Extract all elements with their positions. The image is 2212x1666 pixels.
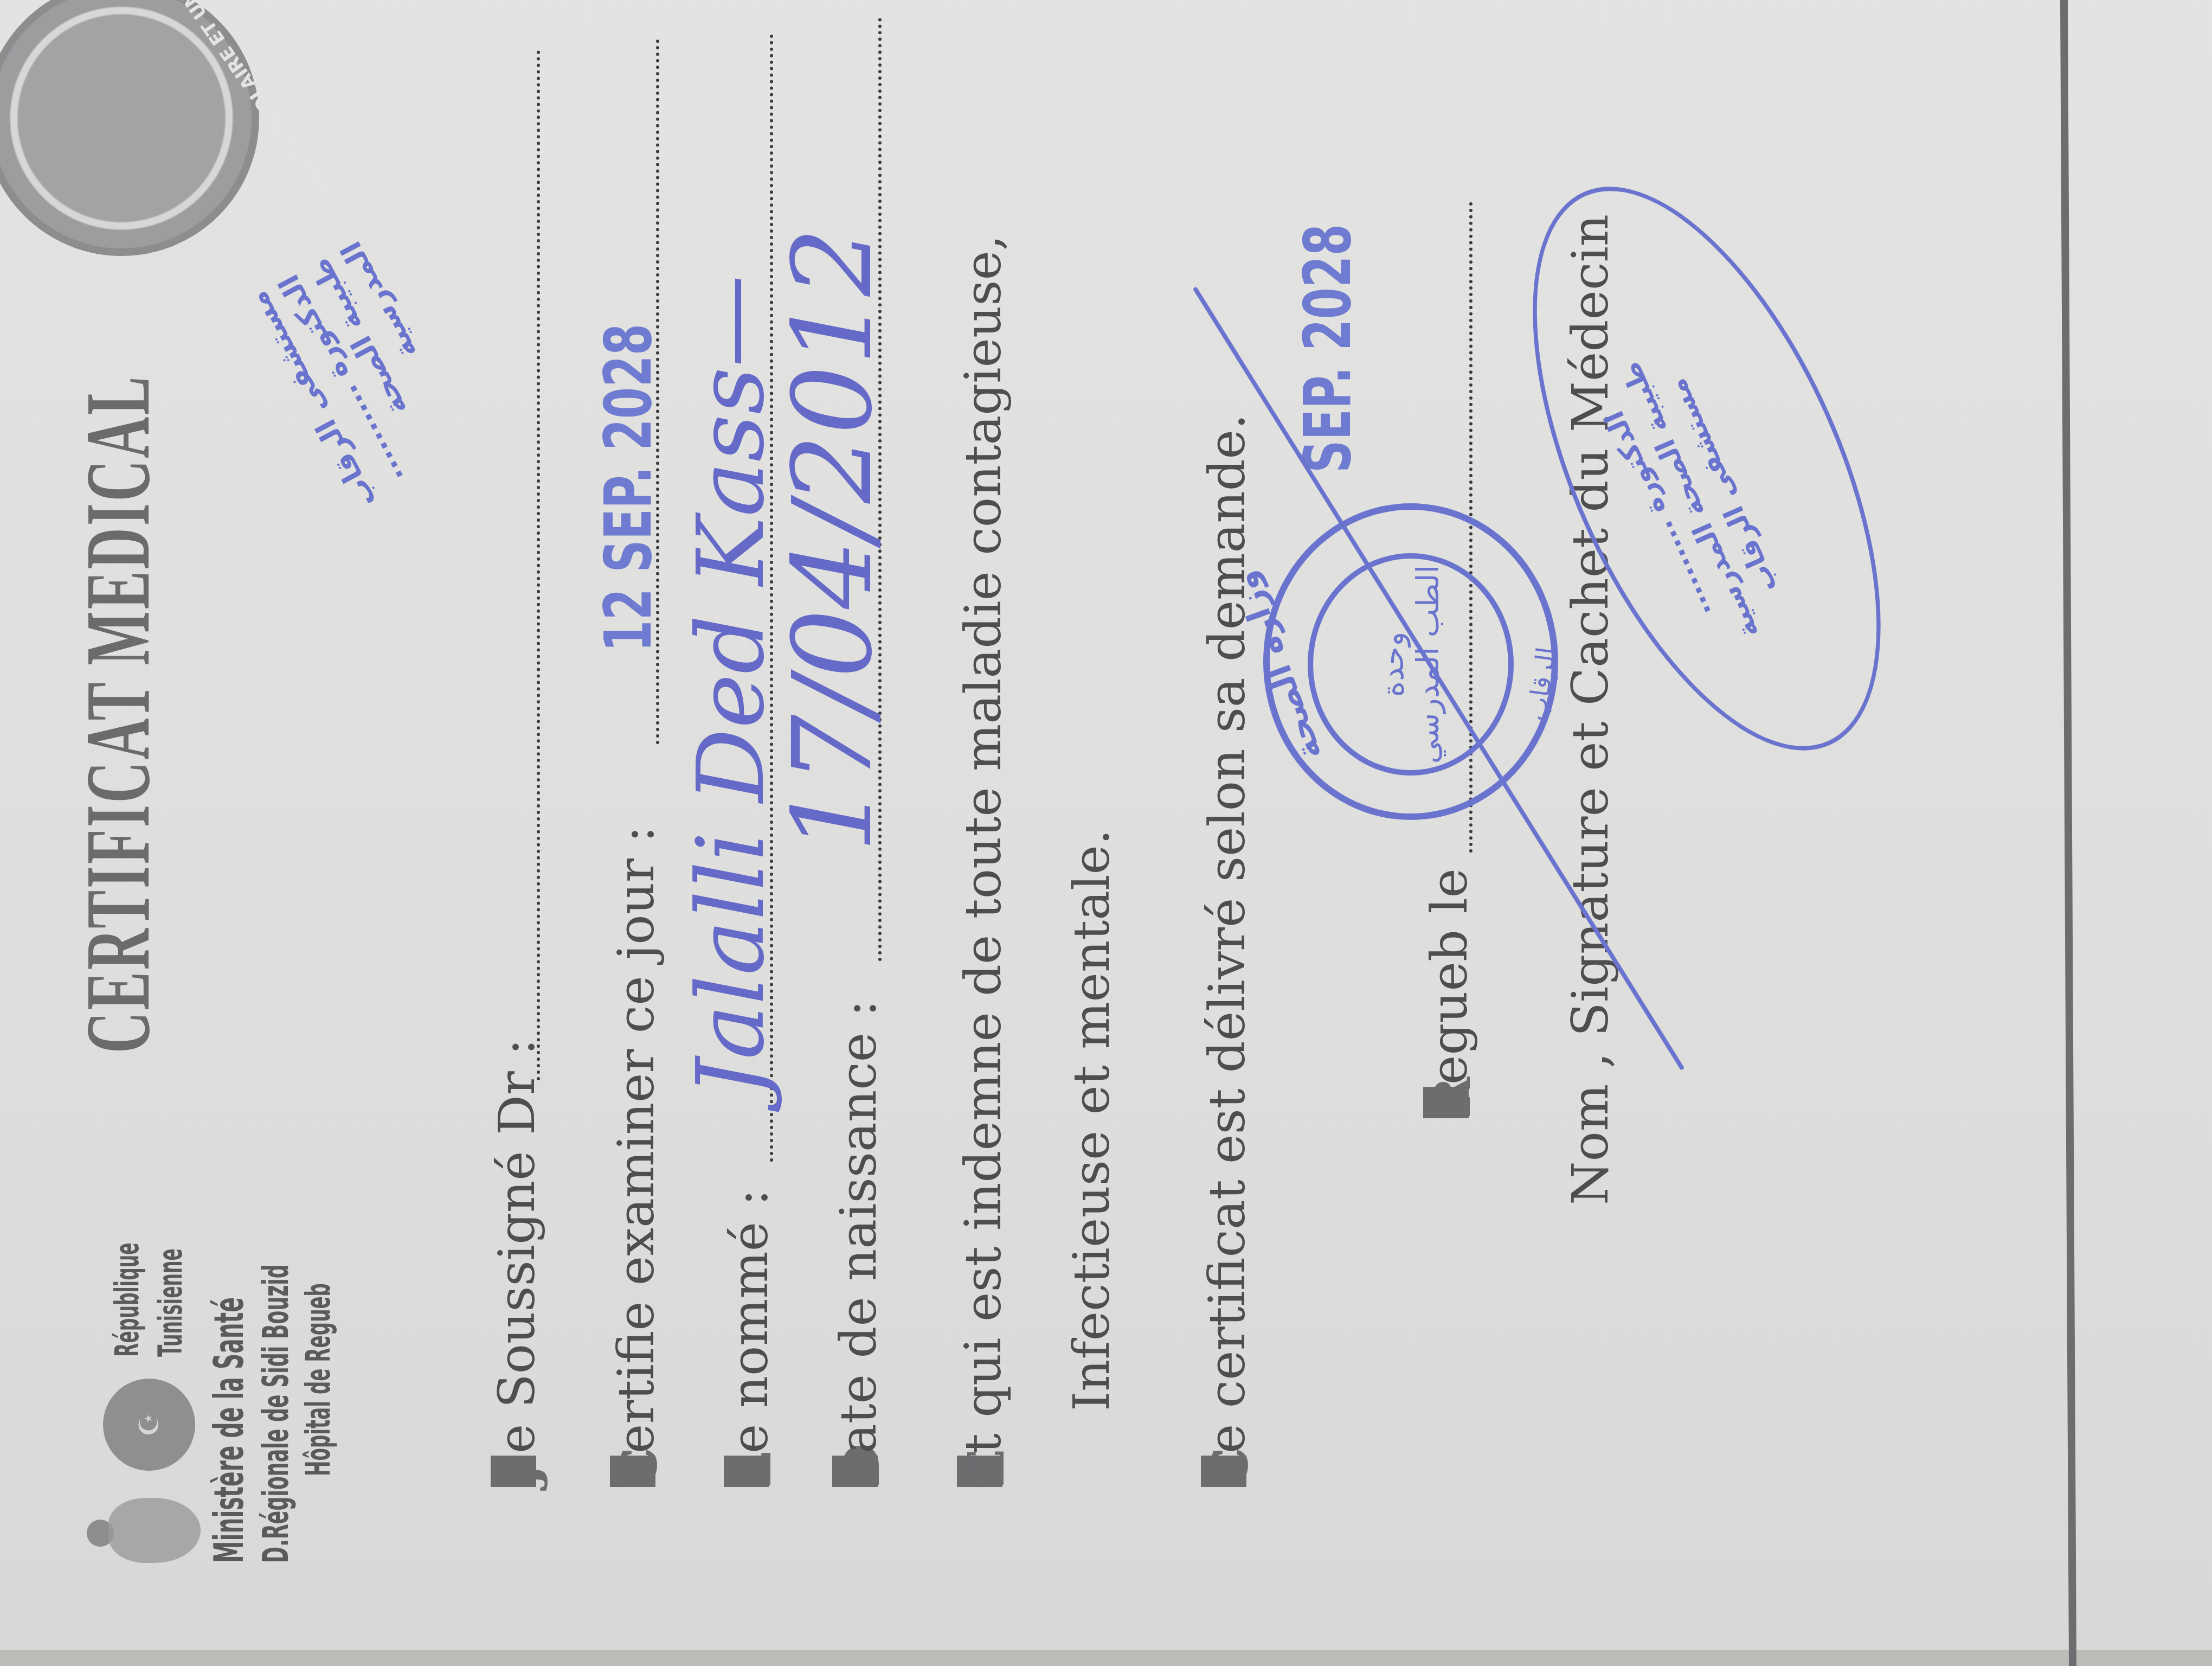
coat-of-arms-icon bbox=[108, 1498, 201, 1563]
stamp-ring-text: الرقاب bbox=[1522, 645, 1562, 723]
field-label: e nommé : bbox=[721, 1189, 779, 1454]
birth-date-handwritten: 17/04/2012 bbox=[770, 227, 896, 853]
field-place-date: Regueb le bbox=[1420, 868, 1478, 1118]
body-text: e certificat est délivré selon sa demand… bbox=[1198, 414, 1256, 1453]
drop-cap: J bbox=[491, 1456, 536, 1487]
drop-cap: C bbox=[610, 1456, 655, 1487]
page-border-rule bbox=[2060, 0, 2076, 1666]
field-je-soussigne: Je Soussigné Dr : bbox=[488, 1039, 546, 1487]
certificate-page: ☪ République Tunisienne Ministère de la … bbox=[0, 0, 2212, 1666]
patient-name-handwritten: Jalalli Ded Kass— bbox=[678, 275, 785, 1097]
field-certifie: Certifie examiner ce jour : bbox=[607, 826, 665, 1487]
school-medicine-unit-stamp: وزارة الصحة وحدة الطب المدرسي الرقاب bbox=[1263, 503, 1558, 820]
document-title: CERTIFICAT MEDICAL bbox=[65, 375, 171, 1053]
header-country-line2: Tunisienne bbox=[152, 1248, 190, 1357]
drop-cap: R bbox=[1423, 1087, 1469, 1118]
field-label: ate de naissance : bbox=[829, 1000, 888, 1453]
drop-cap: C bbox=[1201, 1456, 1246, 1487]
stamp-center: وحدة الطب المدرسي bbox=[1308, 553, 1514, 776]
school-health-stamp: SANTE SCOLAIRE ET UNIVERSITAIRE bbox=[0, 0, 259, 256]
header-ministry: Ministère de la Santé bbox=[206, 1297, 253, 1563]
drop-cap: E bbox=[957, 1456, 1002, 1487]
field-label: e Soussigné Dr : bbox=[488, 1039, 546, 1453]
stamp-center-line: وحدة bbox=[1375, 632, 1411, 697]
field-label: ertifie examiner ce jour : bbox=[607, 826, 665, 1453]
field-label: egueb le bbox=[1420, 868, 1478, 1085]
header-hospital: Hôpital de Regueb bbox=[298, 1283, 338, 1476]
header-direction: D.Régionale de Sidi Bouzid bbox=[255, 1264, 297, 1563]
issue-date-stamp: SEP. 2028 bbox=[1290, 224, 1366, 473]
exam-date-stamp: 12 SEP. 2028 bbox=[591, 324, 666, 652]
field-naissance: Date de naissance : bbox=[829, 1000, 888, 1487]
drop-cap: L bbox=[724, 1456, 769, 1487]
doctor-stamp: مستشفى الرقاب الدكتورة .......... طبيبة … bbox=[241, 235, 507, 570]
body-text: t qui est indemne de toute maladie conta… bbox=[954, 235, 1012, 1453]
school-health-stamp-text: SANTE SCOLAIRE ET UNIVERSITAIRE bbox=[104, 0, 335, 199]
letterhead: ☪ République Tunisienne Ministère de la … bbox=[70, 1004, 450, 1601]
body-line-1: Et qui est indemne de toute maladie cont… bbox=[954, 235, 1012, 1487]
field-nomme: Le nommé : bbox=[721, 1189, 779, 1488]
dotted-line bbox=[537, 50, 540, 1080]
body-line-2: Infectieuse et mentale. bbox=[1063, 829, 1121, 1411]
crescent-star-seal-icon: ☪ bbox=[103, 1379, 195, 1471]
drop-cap: D bbox=[832, 1456, 878, 1487]
page-edge bbox=[0, 1650, 2212, 1666]
header-country-line1: République bbox=[108, 1242, 146, 1357]
